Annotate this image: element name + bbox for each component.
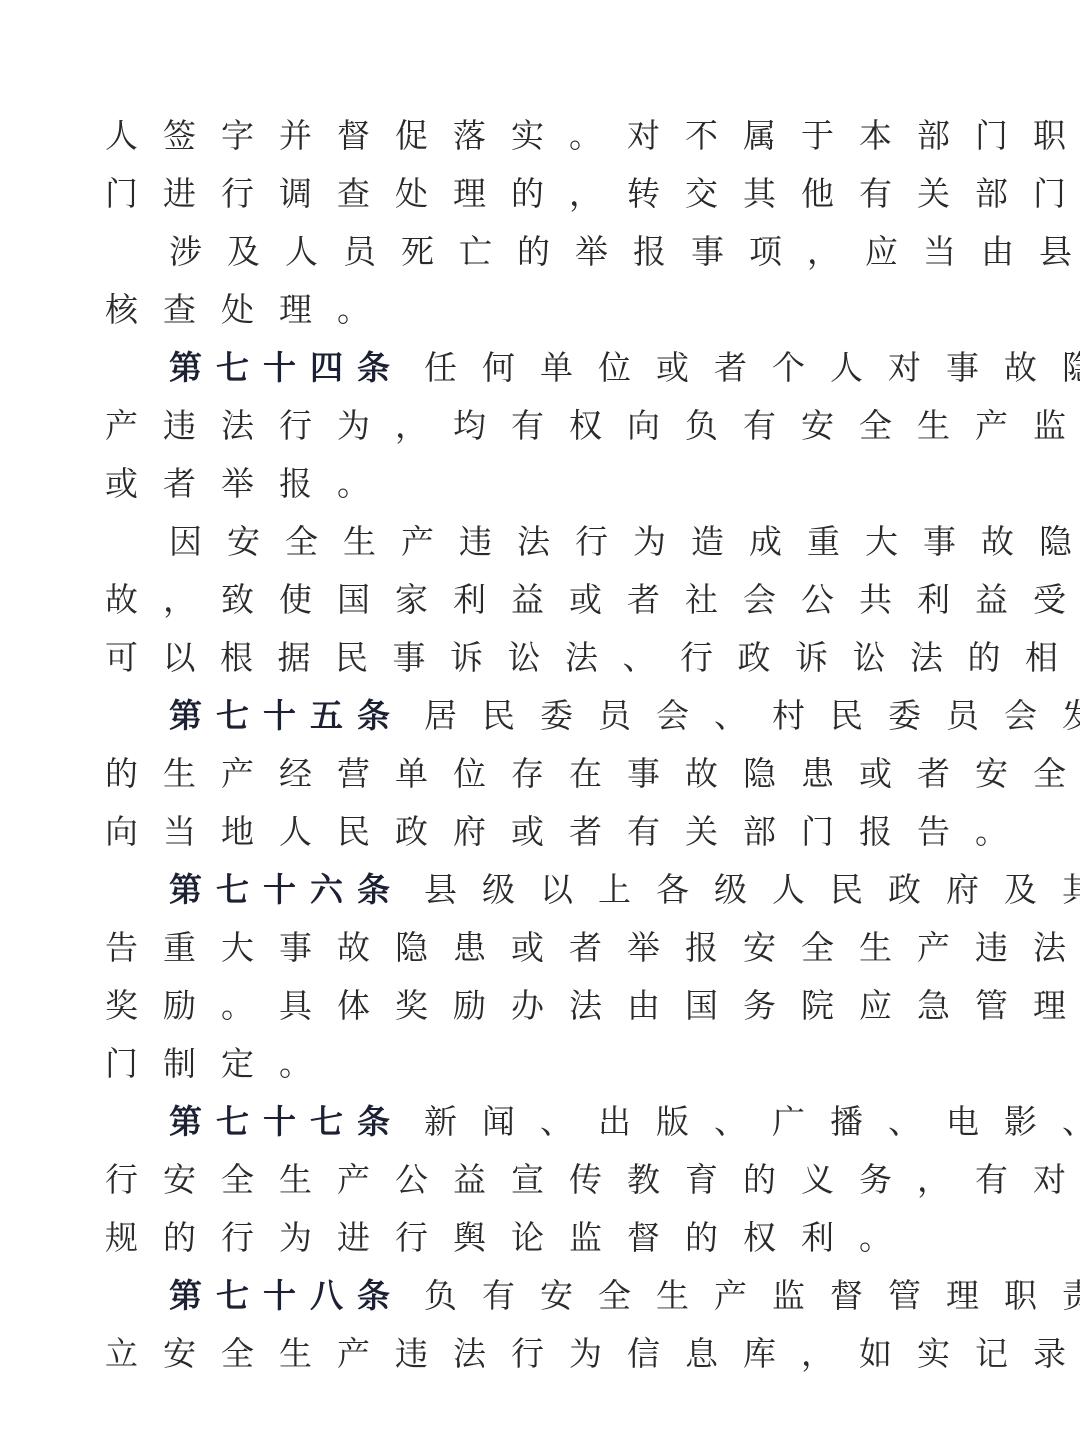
line-text: 任何单位或者个人对事故隐患或者安全生 <box>424 348 1080 387</box>
text-line: 立安全生产违法行为信息库，如实记录生产经营单位及其有关 <box>105 1330 985 1388</box>
text-line: 涉及人员死亡的举报事项，应当由县级以上人民政府组织 <box>105 228 985 286</box>
article-76-line: 第七十六条县级以上各级人民政府及其有关部门对报 <box>105 866 985 924</box>
text-line: 向当地人民政府或者有关部门报告。 <box>105 808 985 866</box>
article-74-line: 第七十四条任何单位或者个人对事故隐患或者安全生 <box>105 344 985 402</box>
text-line: 规的行为进行舆论监督的权利。 <box>105 1214 985 1272</box>
line-text: 行安全生产公益宣传教育的义务，有对违反安全生产法律、法 <box>105 1160 1080 1199</box>
line-text: 居民委员会、村民委员会发现其所在区域内 <box>424 696 1080 735</box>
text-line: 核查处理。 <box>105 286 985 344</box>
text-line: 告重大事故隐患或者举报安全生产违法行为的有功人员，给予 <box>105 924 985 982</box>
line-text: 产违法行为，均有权向负有安全生产监督管理职责的部门报告 <box>105 406 1080 445</box>
line-text: 的生产经营单位存在事故隐患或者安全生产违法行为时，应当 <box>105 754 1080 793</box>
line-text: 立安全生产违法行为信息库，如实记录生产经营单位及其有关 <box>105 1334 1080 1373</box>
article-heading: 第七十七条 <box>169 1102 404 1141</box>
line-text: 可以根据民事诉讼法、行政诉讼法的相关规定提起公益诉讼。 <box>105 638 1080 677</box>
text-line: 行安全生产公益宣传教育的义务，有对违反安全生产法律、法 <box>105 1156 985 1214</box>
text-line: 或者举报。 <box>105 460 985 518</box>
text-line: 的生产经营单位存在事故隐患或者安全生产违法行为时，应当 <box>105 750 985 808</box>
article-77-line: 第七十七条新闻、出版、广播、电影、电视等单位有进 <box>105 1098 985 1156</box>
text-line: 产违法行为，均有权向负有安全生产监督管理职责的部门报告 <box>105 402 985 460</box>
line-text: 向当地人民政府或者有关部门报告。 <box>105 812 1033 851</box>
article-heading: 第七十五条 <box>169 696 404 735</box>
text-line: 可以根据民事诉讼法、行政诉讼法的相关规定提起公益诉讼。 <box>105 634 985 692</box>
line-text: 负有安全生产监督管理职责的部门应当建 <box>424 1276 1080 1315</box>
line-text: 新闻、出版、广播、电影、电视等单位有进 <box>424 1102 1080 1141</box>
text-line: 人签字并督促落实。对不属于本部门职责，需要由其他有关部 <box>105 112 985 170</box>
line-text: 因安全生产违法行为造成重大事故隐患或者导致重大事 <box>169 522 1080 561</box>
line-text: 故，致使国家利益或者社会公共利益受到侵害的，人民检察院 <box>105 580 1080 619</box>
document-page: 人签字并督促落实。对不属于本部门职责，需要由其他有关部 门进行调查处理的，转交其… <box>105 112 985 1388</box>
line-text: 涉及人员死亡的举报事项，应当由县级以上人民政府组织 <box>169 232 1080 271</box>
article-heading: 第七十四条 <box>169 348 404 387</box>
text-line: 奖励。具体奖励办法由国务院应急管理部门会同国务院财政部 <box>105 982 985 1040</box>
line-text: 人签字并督促落实。对不属于本部门职责，需要由其他有关部 <box>105 116 1080 155</box>
text-line: 因安全生产违法行为造成重大事故隐患或者导致重大事 <box>105 518 985 576</box>
article-heading: 第七十六条 <box>169 870 404 909</box>
text-line: 门制定。 <box>105 1040 985 1098</box>
line-text: 规的行为进行舆论监督的权利。 <box>105 1218 917 1257</box>
line-text: 告重大事故隐患或者举报安全生产违法行为的有功人员，给予 <box>105 928 1080 967</box>
line-text: 核查处理。 <box>105 290 395 329</box>
text-line: 门进行调查处理的，转交其他有关部门处理。 <box>105 170 985 228</box>
text-line: 故，致使国家利益或者社会公共利益受到侵害的，人民检察院 <box>105 576 985 634</box>
line-text: 或者举报。 <box>105 464 395 503</box>
line-text: 奖励。具体奖励办法由国务院应急管理部门会同国务院财政部 <box>105 986 1080 1025</box>
line-text: 门进行调查处理的，转交其他有关部门处理。 <box>105 174 1080 213</box>
line-text: 门制定。 <box>105 1044 337 1083</box>
article-78-line: 第七十八条负有安全生产监督管理职责的部门应当建 <box>105 1272 985 1330</box>
line-text: 县级以上各级人民政府及其有关部门对报 <box>424 870 1080 909</box>
article-75-line: 第七十五条居民委员会、村民委员会发现其所在区域内 <box>105 692 985 750</box>
article-heading: 第七十八条 <box>169 1276 404 1315</box>
